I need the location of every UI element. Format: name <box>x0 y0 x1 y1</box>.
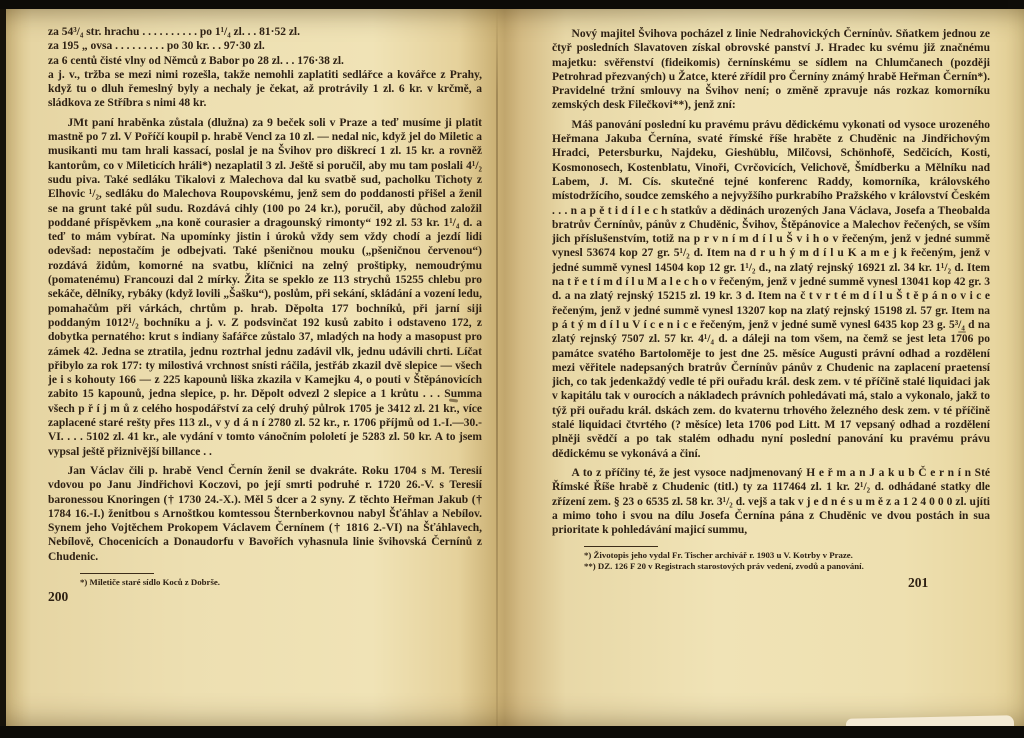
paragraph: a j. v., tržba se mezi nimi rozešla, tak… <box>48 68 482 111</box>
footnote-rule <box>80 573 154 574</box>
footnote: *) Životopis jeho vydal Fr. Tischer arch… <box>584 550 990 561</box>
paragraph: Máš panování poslední ku pravému právu d… <box>552 118 990 461</box>
ledger-line: za 195 „ ovsa . . . . . . . . . po 30 kr… <box>48 39 482 53</box>
footnote-rule <box>584 546 658 547</box>
scan-frame-bottom <box>0 726 1024 738</box>
paper-spread: za 54³/₄ str. hrachu . . . . . . . . . .… <box>6 9 1024 726</box>
paper-speck <box>958 331 966 333</box>
scan-frame-left <box>0 0 6 738</box>
paragraph: Nový majitel Švihova pocházel z linie Ne… <box>552 27 990 113</box>
right-page: Nový majitel Švihova pocházel z linie Ne… <box>552 27 990 711</box>
ledger-line: za 6 centů čisté vlny od Němců z Babor p… <box>48 54 482 68</box>
scanned-book-spread: za 54³/₄ str. hrachu . . . . . . . . . .… <box>0 0 1024 738</box>
paragraph: Jan Václav čili p. hrabě Vencl Černín že… <box>48 464 482 564</box>
page-number: 201 <box>552 576 990 590</box>
left-page: za 54³/₄ str. hrachu . . . . . . . . . .… <box>48 25 482 713</box>
scan-frame-top <box>0 0 1008 9</box>
footnote: *) Miletiče staré sídlo Koců z Dobrše. <box>80 577 482 588</box>
ledger-line: za 54³/₄ str. hrachu . . . . . . . . . .… <box>48 25 482 39</box>
paragraph: A to z příčiny té, že jest vysoce nadjme… <box>552 466 990 537</box>
paragraph: JMt paní hraběnka zůstala (dlužna) za 9 … <box>48 116 482 459</box>
footnote: **) DZ. 126 F 20 v Registrach starostový… <box>584 561 990 572</box>
gutter-shadow <box>496 9 498 726</box>
page-number: 200 <box>48 590 482 604</box>
